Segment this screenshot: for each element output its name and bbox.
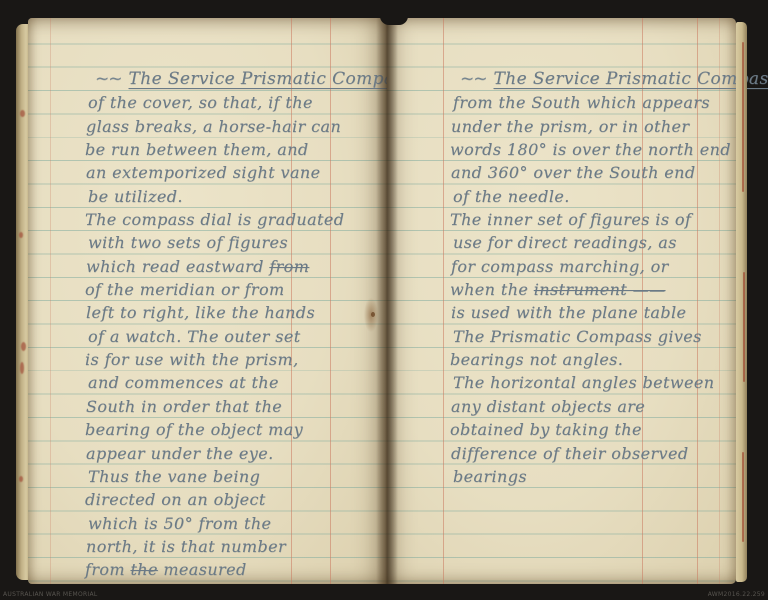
photo-backdrop: ~~The Service Prismatic Compass~~ of the… (0, 0, 768, 600)
edge-marbling-speck (20, 362, 24, 374)
edge-marbling-speck (19, 232, 23, 238)
handwritten-line: and 360° over the South end (451, 161, 768, 184)
handwritten-line: The Prismatic Compass gives (453, 325, 768, 348)
handwritten-line: bearings not angles. (450, 348, 768, 371)
page-title: The Service Prismatic Compass (129, 69, 413, 89)
handwritten-line: from the South which appears (453, 91, 768, 114)
handwritten-line: obtained by taking the (450, 418, 768, 441)
page-stack-edge-right (736, 22, 747, 582)
notebook-page-left: ~~The Service Prismatic Compass~~ of the… (28, 18, 387, 584)
title-flourish: ~~ (95, 68, 122, 91)
binding-gutter (376, 18, 398, 584)
handwritten-line: is used with the plane table (451, 301, 768, 324)
handwritten-line: use for direct readings, as (453, 231, 768, 254)
handwritten-line: words 180° is over the north end (450, 138, 768, 161)
margin-line (50, 18, 51, 584)
handwritten-line: for compass marching, or (451, 255, 768, 278)
handwriting-right: ~~The Service Prismatic Compass~~ from t… (451, 68, 768, 488)
handwritten-text: from the South which appearsunder the pr… (451, 91, 768, 488)
archive-watermark-left: AUSTRALIAN WAR MEMORIAL (3, 591, 98, 598)
page-title: The Service Prismatic Compass (494, 69, 768, 89)
edge-color-streak (742, 452, 744, 542)
archive-watermark-right: AWM2016.22.259 (708, 591, 765, 598)
edge-marbling-speck (21, 342, 26, 351)
title-flourish: ~~ (460, 68, 487, 91)
edge-color-streak (742, 42, 744, 192)
handwritten-line: bearings (453, 465, 768, 488)
gutter-stain-dot (371, 312, 375, 317)
edge-color-streak (743, 272, 745, 382)
edge-marbling-speck (20, 110, 25, 117)
page-title-row: ~~The Service Prismatic Compass~~ (453, 68, 768, 91)
handwritten-line: The inner set of figures is of (450, 208, 768, 231)
handwritten-line: of the needle. (453, 185, 768, 208)
margin-line (443, 18, 444, 584)
handwritten-line: any distant objects are (451, 395, 768, 418)
edge-marbling-speck (19, 476, 23, 482)
handwritten-line: when the instrument —— (450, 278, 768, 301)
handwritten-line: under the prism, or in other (451, 115, 768, 138)
handwritten-line: difference of their observed (451, 442, 768, 465)
notebook-page-right: ~~The Service Prismatic Compass~~ from t… (387, 18, 736, 584)
handwritten-line: The horizontal angles between (453, 371, 768, 394)
